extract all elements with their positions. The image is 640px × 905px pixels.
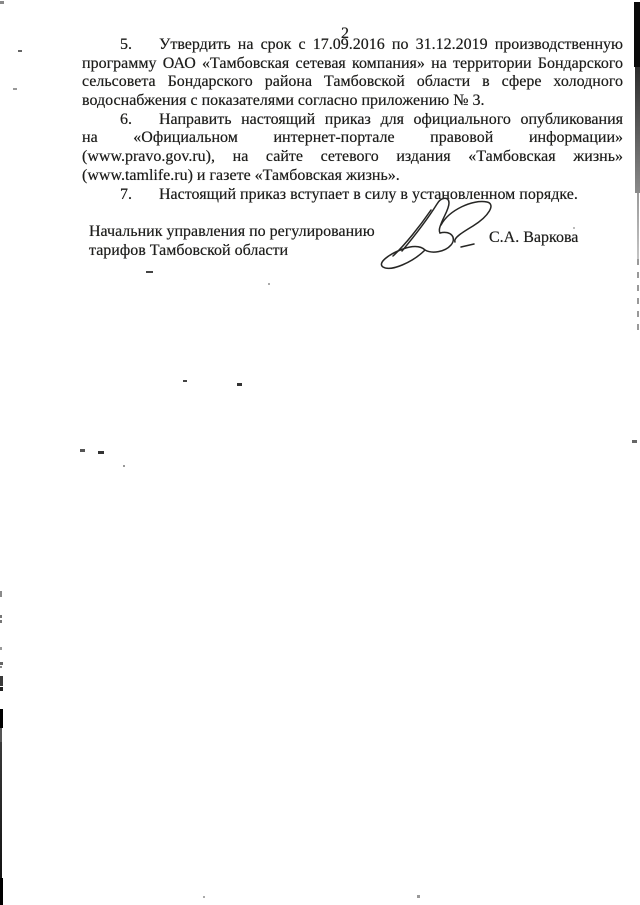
- paragraph-5-line-2: программу ОАО «Тамбовская сетевая компан…: [82, 55, 623, 74]
- scan-speck: [146, 271, 153, 273]
- scan-streak-left: [0, 728, 2, 742]
- scan-speck: [123, 465, 125, 467]
- paragraph-6-number: 6.: [120, 111, 159, 130]
- signatory-position-line-2: тарифов Тамбовской области: [89, 242, 389, 261]
- scan-speck: [417, 895, 420, 898]
- scan-streak-left: [0, 878, 3, 905]
- scan-speck: [98, 451, 104, 454]
- scan-streak-left: [0, 662, 3, 665]
- scan-streak-left: [0, 591, 2, 597]
- scan-speck: [632, 440, 637, 443]
- paragraph-6-line-4: (www.tamlife.ru) и газете «Тамбовская жи…: [82, 167, 623, 186]
- paragraph-7-line-1: 7.Настоящий приказ вступает в силу в уст…: [82, 186, 623, 205]
- signatory-name: С.А. Варкова: [489, 229, 578, 247]
- scan-streak-left: [0, 615, 2, 618]
- paragraph-6-line-1: 6.Направить настоящий приказ для официал…: [82, 111, 623, 130]
- paragraph-5-number: 5.: [120, 36, 159, 55]
- scan-speck: [80, 449, 85, 452]
- paragraph-6-line-2: на «Официальном интернет-портале правово…: [82, 129, 623, 148]
- paragraph-7-number: 7.: [120, 186, 159, 205]
- scan-streak-left: [0, 620, 2, 623]
- paragraph-5-text-1: Утвердить на срок с 17.09.2016 по 31.12.…: [159, 36, 623, 53]
- scan-streak-left: [0, 687, 3, 691]
- scan-streak-left: [0, 666, 2, 668]
- scan-speck: [573, 227, 575, 229]
- scan-streak-left: [0, 676, 3, 686]
- document-body: 5.Утвердить на срок с 17.09.2016 по 31.1…: [82, 36, 623, 204]
- paragraph-5-line-1: 5.Утвердить на срок с 17.09.2016 по 31.1…: [82, 36, 623, 55]
- paragraph-7-text-1: Настоящий приказ вступает в силу в устан…: [159, 186, 578, 203]
- signatory-position-line-1: Начальник управления по регулированию: [89, 223, 389, 242]
- handwritten-signature: [375, 195, 505, 277]
- scan-speck: [18, 50, 22, 52]
- scanned-document-page: 2 5.Утвердить на срок с 17.09.2016 по 31…: [0, 0, 640, 905]
- scan-streak-left: [0, 709, 3, 728]
- paragraph-5-line-4: водоснабжения с показателями согласно пр…: [82, 92, 623, 111]
- scan-streak-right: [637, 259, 639, 333]
- scan-streak-right: [637, 193, 639, 259]
- scan-speck: [13, 88, 17, 90]
- scan-speck: [0, 1, 4, 4]
- scan-speck: [203, 896, 205, 898]
- scan-speck: [183, 380, 187, 382]
- paragraph-6-line-3: (www.pravo.gov.ru), на сайте сетевого из…: [82, 148, 623, 167]
- scan-speck: [237, 383, 242, 386]
- signatory-position: Начальник управления по регулированию та…: [89, 223, 389, 260]
- paragraph-5-line-3: сельсовета Бондарского района Тамбовской…: [82, 73, 623, 92]
- scan-speck: [268, 283, 270, 285]
- scan-streak-right: [635, 67, 640, 193]
- scan-streak-left: [0, 647, 2, 650]
- scan-streak-right: [634, 2, 640, 67]
- paragraph-6-text-1: Направить настоящий приказ для официальн…: [159, 111, 623, 128]
